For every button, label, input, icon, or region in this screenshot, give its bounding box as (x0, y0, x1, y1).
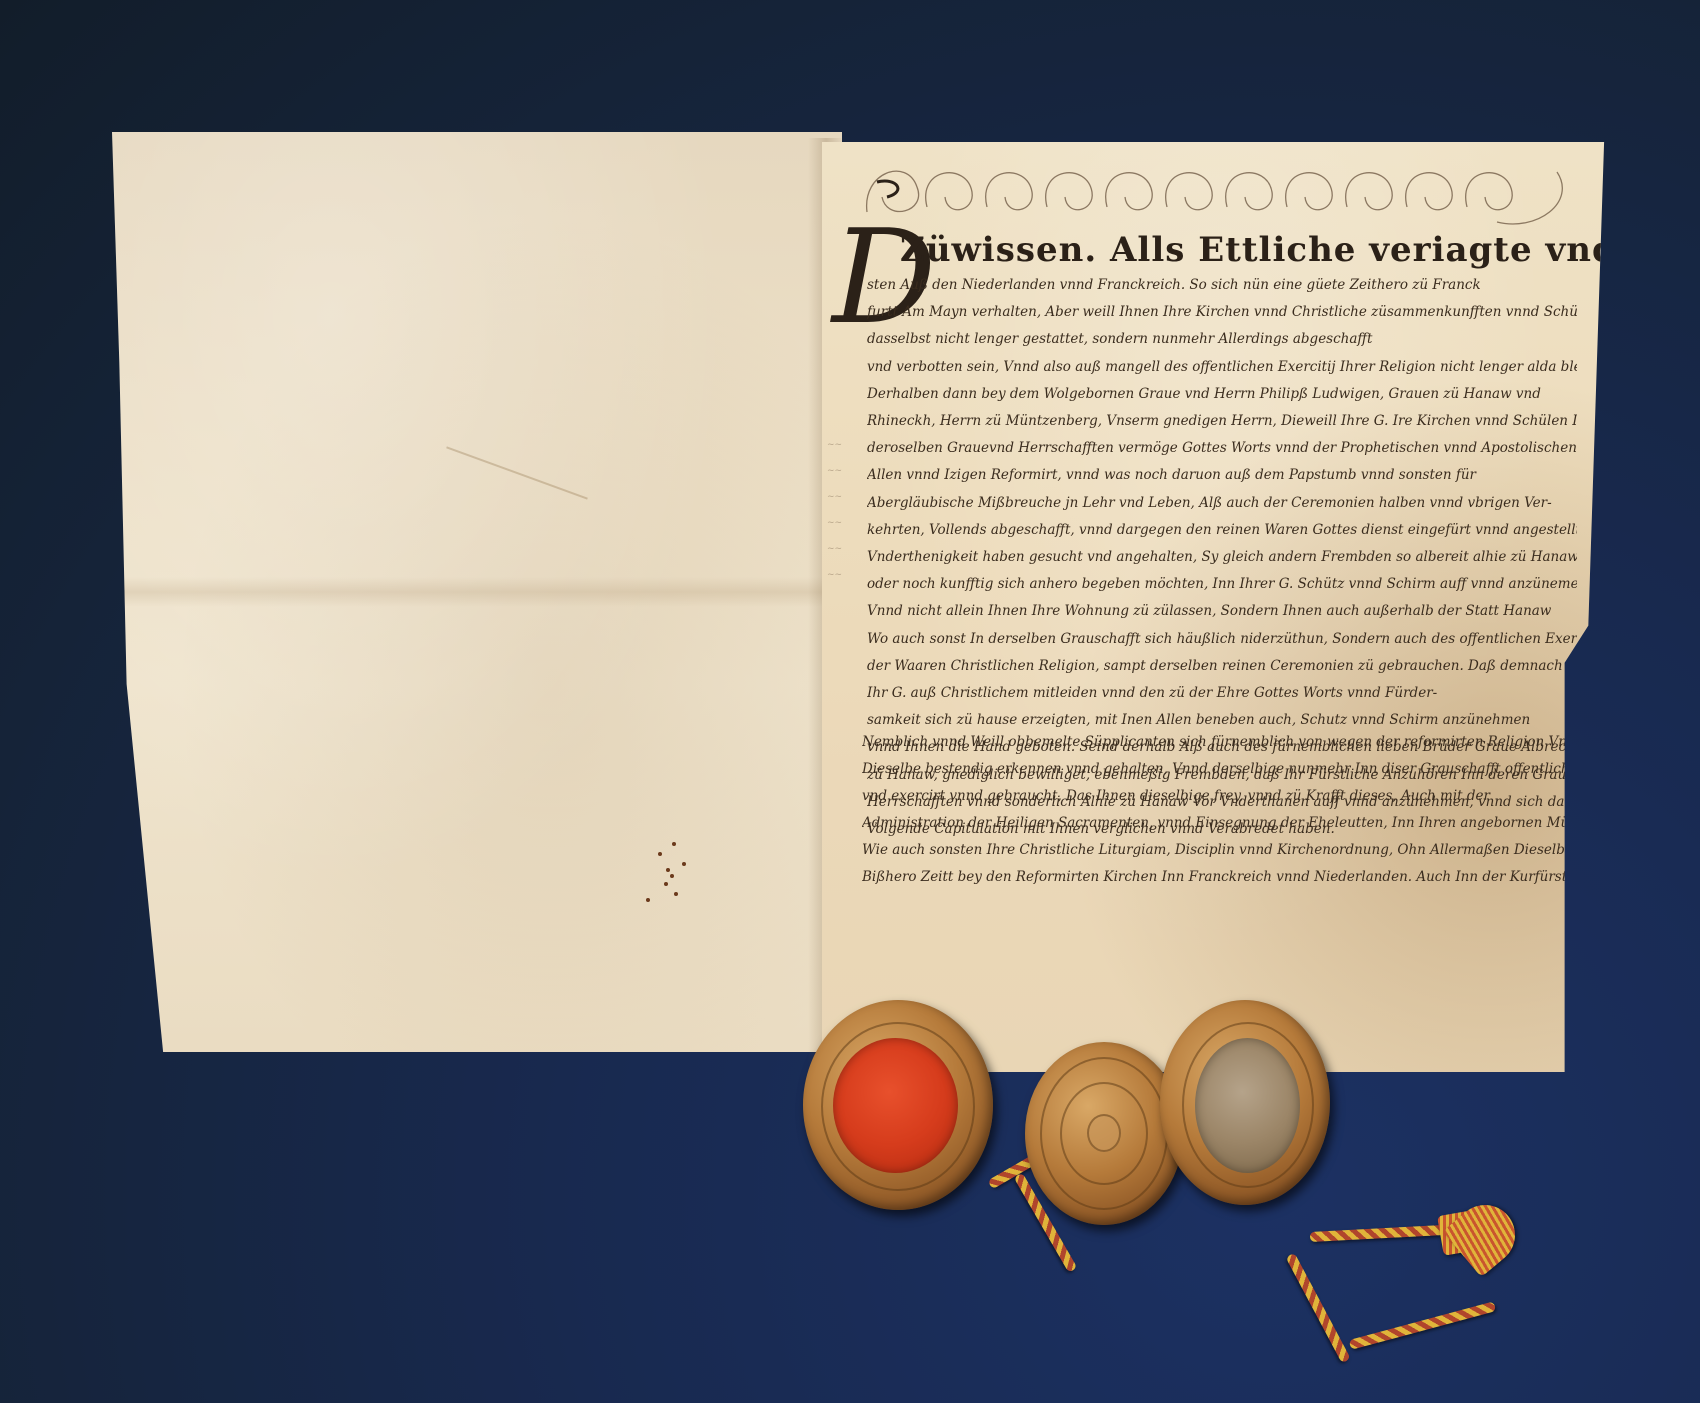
calligraphic-flourish-icon (857, 152, 1577, 242)
text-line: Ihr G. auß Christlichem mitleiden vnnd d… (867, 680, 1577, 707)
text-line: Vnderthenigkeit haben gesucht vnd angeha… (867, 544, 1577, 571)
seal-capsule-grey (1160, 1000, 1330, 1205)
text-line: vnd exercirt vnnd gebraucht, Das Ihnen d… (862, 783, 1577, 810)
worm-holes (652, 842, 712, 912)
text-line: Wie auch sonsten Ihre Christliche Liturg… (862, 837, 1577, 864)
text-line: Administration der Heiligen Sacramenten,… (862, 810, 1577, 837)
document-section-two: Nemblich vnnd Weill obbemelte Süpplicant… (862, 729, 1577, 891)
text-line: Nemblich vnnd Weill obbemelte Süpplicant… (862, 729, 1577, 756)
text-line: kehrten, Vollends abgeschafft, vnnd darg… (867, 517, 1577, 544)
text-line: furtt Am Mayn verhalten, Aber weill Ihne… (867, 299, 1577, 326)
seal-capsule-red (803, 1000, 993, 1210)
text-line: Dieselbe bestendig erkennen vnnd gehalte… (862, 756, 1577, 783)
fold-line (112, 577, 842, 607)
braided-cord (1286, 1253, 1351, 1364)
document-heading: Züwissen. Alls Ettliche veriagte vnd ver… (900, 230, 1600, 270)
text-line: Wo auch sonst In derselben Grauschafft s… (867, 626, 1577, 653)
braided-cord (1349, 1301, 1496, 1349)
text-line: Derhalben dann bey dem Wolgebornen Graue… (867, 381, 1577, 408)
paper-crease (446, 446, 588, 499)
text-line: dasselbst nicht lenger gestattet, sonder… (867, 326, 1577, 353)
scene-description: Photograph of an opened historical manus… (0, 0, 1, 1)
text-line: Vnnd nicht allein Ihnen Ihre Wohnung zü … (867, 598, 1577, 625)
text-line: der Waaren Christlichen Religion, sampt … (867, 653, 1577, 680)
tassel (1443, 1193, 1528, 1278)
right-page: D Züwissen. Alls Ettliche veriagte vnd v… (822, 142, 1612, 1072)
left-page (112, 132, 842, 1052)
text-line: Rhineckh, Herrn zü Müntzenberg, Vnserm g… (867, 408, 1577, 435)
capsule-rim (821, 1022, 975, 1191)
text-line: Abergläubische Mißbreuche jn Lehr vnd Le… (867, 490, 1577, 517)
text-line: oder noch kunfftig sich anhero begeben m… (867, 571, 1577, 598)
capsule-knob (1087, 1114, 1121, 1152)
text-line: Bißhero Zeitt bey den Reformirten Kirche… (862, 864, 1577, 891)
text-line: vnd verbotten sein, Vnnd also auß mangel… (867, 354, 1577, 381)
text-line: deroselben Grauevnd Herrschafften vermög… (867, 435, 1577, 462)
text-line: Allen vnnd Izigen Reformirt, vnnd was no… (867, 462, 1577, 489)
text-line: sten Auß den Niederlanden vnnd Franckrei… (867, 272, 1577, 299)
faded-margin-notes: ~~~~~~~~~~~~ (827, 432, 867, 588)
capsule-rim (1182, 1022, 1314, 1188)
seal-capsule-lid (1025, 1042, 1183, 1225)
photo-scene: Photograph of an opened historical manus… (0, 0, 1700, 1403)
